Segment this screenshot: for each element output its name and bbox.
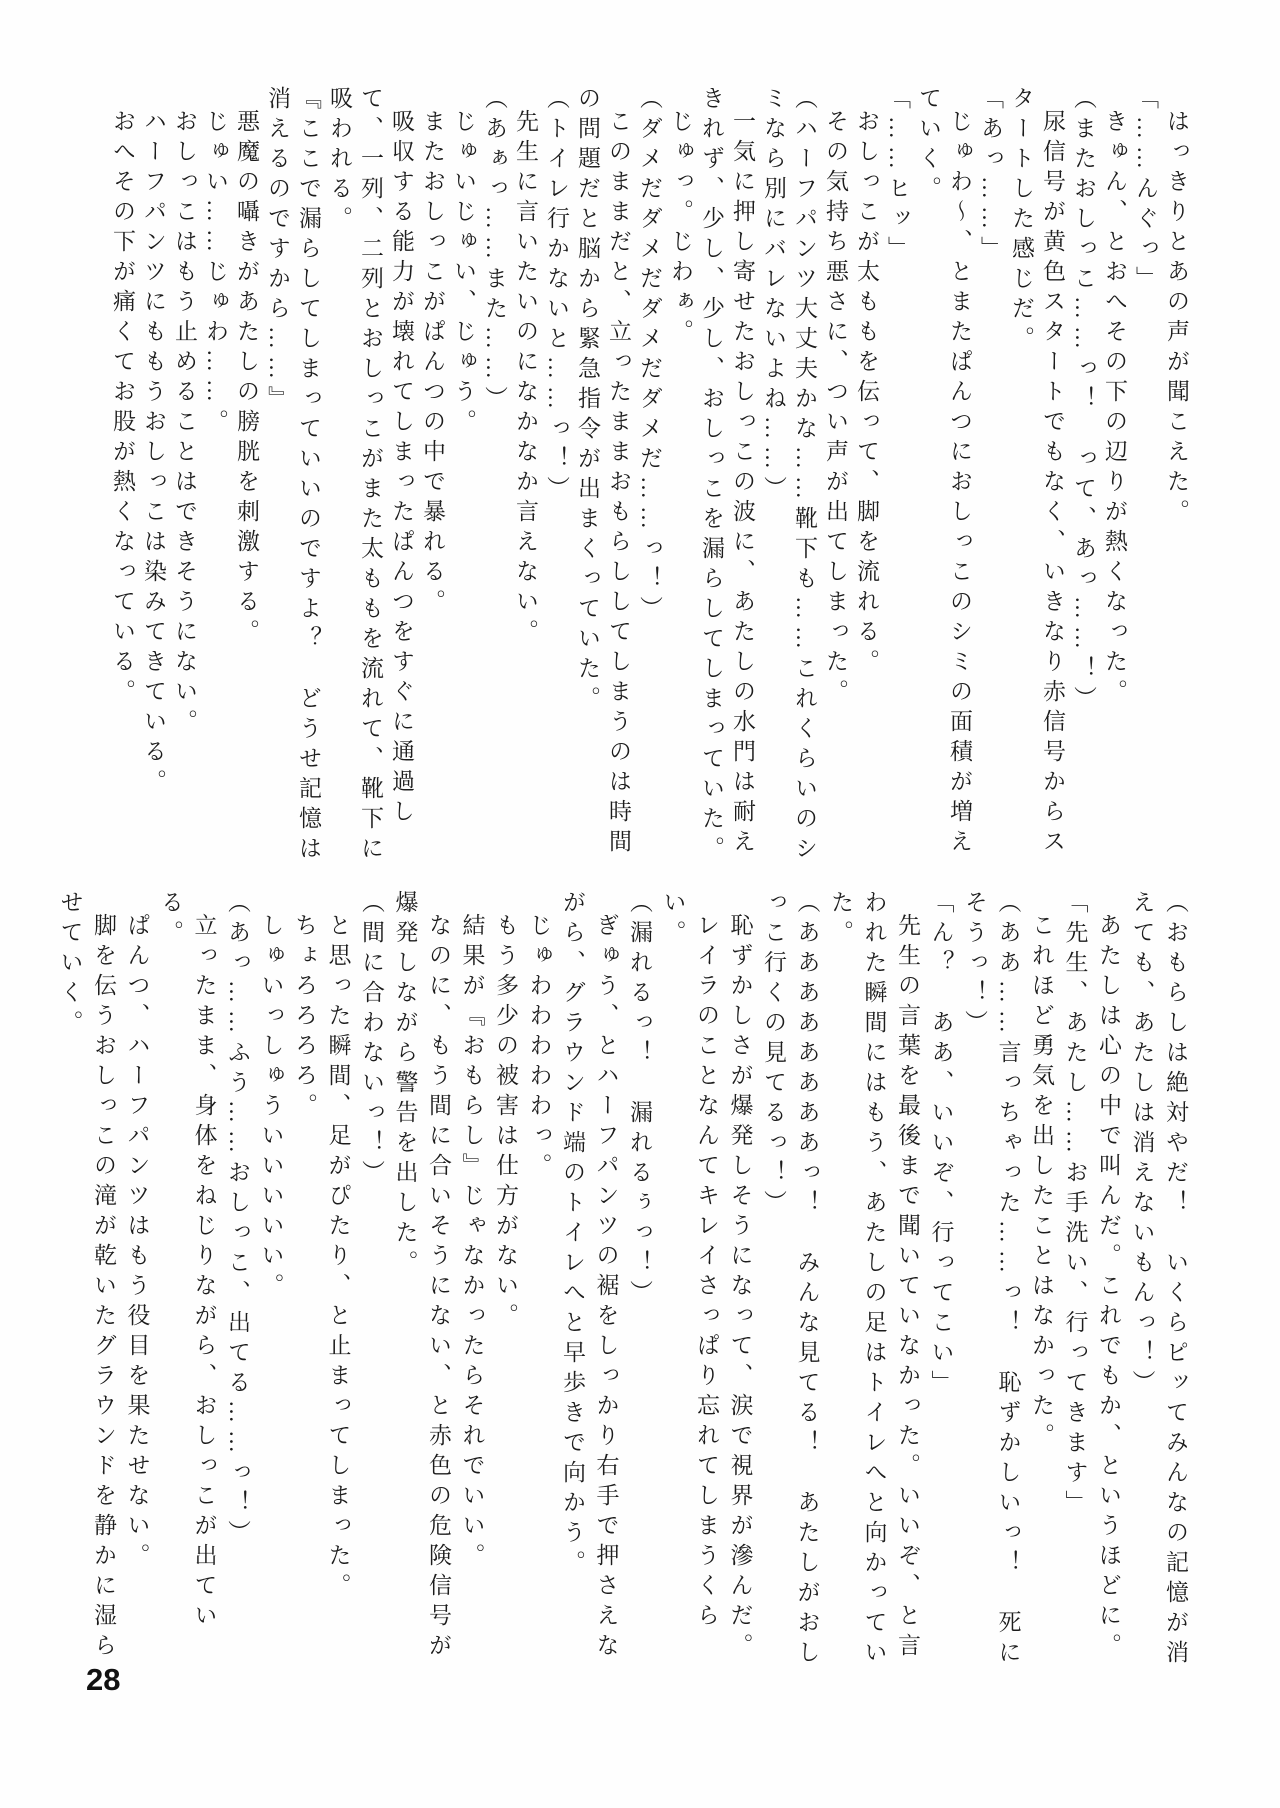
- paragraph: 結果が『おもらし』じゃなかったらそれでいい。: [455, 890, 489, 1684]
- paragraph: 一気に押し寄せたおしっこの波に、あたしの水門は耐えきれず、少し、少し、おしっこを…: [696, 86, 758, 880]
- paragraph: もう多少の被害は仕方がない。: [489, 890, 523, 1684]
- paragraph: しゅいっしゅういいいいい。: [254, 890, 288, 1684]
- paragraph: きゅん、とおへその下の辺りが熱くなった。: [1099, 86, 1130, 880]
- paragraph: 吸収する能力が壊れてしまったぱんつをすぐに通過して、一列、二列とおしっこがまた太…: [324, 86, 417, 880]
- paragraph: （あぁっ……また……）: [479, 86, 510, 880]
- paragraph: 恥ずかしさが爆発しそうになって、涙で視界が滲んだ。: [723, 890, 757, 1684]
- paragraph: なのに、もう間に合いそうにない、と赤色の危険信号が爆発しながら警告を出した。: [388, 890, 455, 1684]
- paragraph: （トイレ行かないと……っ！）: [541, 86, 572, 880]
- paragraph: 「……んぐっ」: [1130, 86, 1161, 880]
- paragraph: じゅい……じゅわ……。: [200, 86, 231, 880]
- paragraph: 先生に言いたいのになかなか言えない。: [510, 86, 541, 880]
- page-number: 28: [86, 1664, 120, 1695]
- paragraph: 脚を伝うおしっこの滝が乾いたグラウンドを静かに湿らせていく。: [53, 890, 120, 1684]
- paragraph: （ああああああああっ！ みんな見てる！ あたしがおしっこ行くの見てるっ！）: [757, 890, 824, 1684]
- paragraph: 「先生、あたし……お手洗い、行ってきます」: [1058, 890, 1092, 1684]
- paragraph: おしっこが太ももを伝って、脚を流れる。: [851, 86, 882, 880]
- paragraph: 「……ヒッ」: [882, 86, 913, 880]
- paragraph: ぎゅう、とハーフパンツの裾をしっかり右手で押さえながら、グラウンド端のトイレへと…: [556, 890, 623, 1684]
- paragraph: ぱんつ、ハーフパンツはもう役目を果たせない。: [120, 890, 154, 1684]
- paragraph: じゅわわわわわっ。: [522, 890, 556, 1684]
- paragraph: その気持ち悪さに、つい声が出てしまった。: [820, 86, 851, 880]
- paragraph: （またおしっこ……っ！ って、あっ……！）: [1068, 86, 1099, 880]
- paragraph: 悪魔の囁きがあたしの膀胱を刺激する。: [231, 86, 262, 880]
- paragraph: またおしっこがぱんつの中で暴れる。: [417, 86, 448, 880]
- paragraph: あたしは心の中で叫んだ。これでもか、というほどに。: [1092, 890, 1126, 1684]
- paragraph: 尿信号が黄色スタートでもなく、いきなり赤信号からスタートした感じだ。: [1006, 86, 1068, 880]
- paragraph: 先生の言葉を最後まで聞いていなかった。いいぞ、と言われた瞬間にはもう、あたしの足…: [824, 890, 925, 1684]
- paragraph: 「ん？ ああ、いいぞ、行ってこい」: [924, 890, 958, 1684]
- paragraph: このままだと、立ったままおもらししてしまうのは時間の問題だと脳から緊急指令が出ま…: [572, 86, 634, 880]
- paragraph: （間に合わないっ！）: [355, 890, 389, 1684]
- paragraph: おへその下が痛くてお股が熱くなっている。: [107, 86, 138, 880]
- paragraph: 立ったまま、身体をねじりながら、おしっこが出ている。: [154, 890, 221, 1684]
- paragraph: じゅいじゅい、じゅう。: [448, 86, 479, 880]
- paragraph: ハーフパンツにももうおしっこは染みてきている。: [138, 86, 169, 880]
- paragraph: じゅっ。じわぁ。: [665, 86, 696, 880]
- paragraph: と思った瞬間、足がぴたり、と止まってしまった。: [321, 890, 355, 1684]
- paragraph: おしっこはもう止めることはできそうにない。: [169, 86, 200, 880]
- paragraph: （ああ……言っちゃった……っ！ 恥ずかしいっ！ 死にそうっ！）: [958, 890, 1025, 1684]
- text-block-top: はっきりとあの声が聞こえた。「……んぐっ」きゅん、とおへその下の辺りが熱くなった…: [107, 86, 1192, 880]
- paragraph: （ハーフパンツ大丈夫かな……靴下も……これくらいのシミなら別にバレないよね……）: [758, 86, 820, 880]
- paragraph: ちょろろろろ。: [288, 890, 322, 1684]
- paragraph: はっきりとあの声が聞こえた。: [1161, 86, 1192, 880]
- paragraph: じゅわ〜、とまたぱんつにおしっこのシミの面積が増えていく。: [913, 86, 975, 880]
- text-block-bottom: （おもらしは絶対やだ！ いくらピッてみんなの記憶が消えても、あたしは消えないもん…: [53, 890, 1192, 1684]
- paragraph: （おもらしは絶対やだ！ いくらピッてみんなの記憶が消えても、あたしは消えないもん…: [1125, 890, 1192, 1684]
- paragraph: 「あっ……」: [975, 86, 1006, 880]
- paragraph: （ダメだダメだダメだダメだ……っ！）: [634, 86, 665, 880]
- paragraph: （漏れるっ！ 漏れるぅっ！）: [623, 890, 657, 1684]
- novel-page: はっきりとあの声が聞こえた。「……んぐっ」きゅん、とおへその下の辺りが熱くなった…: [0, 0, 1280, 1808]
- paragraph: 『ここで漏らしてしまっていいのですよ？ どうせ記憶は消えるのですから……』: [262, 86, 324, 880]
- paragraph: レイラのことなんてキレイさっぱり忘れてしまうくらい。: [656, 890, 723, 1684]
- paragraph: （あっ……ふう……おしっこ、出てる……っ！）: [221, 890, 255, 1684]
- paragraph: これほど勇気を出したことはなかった。: [1025, 890, 1059, 1684]
